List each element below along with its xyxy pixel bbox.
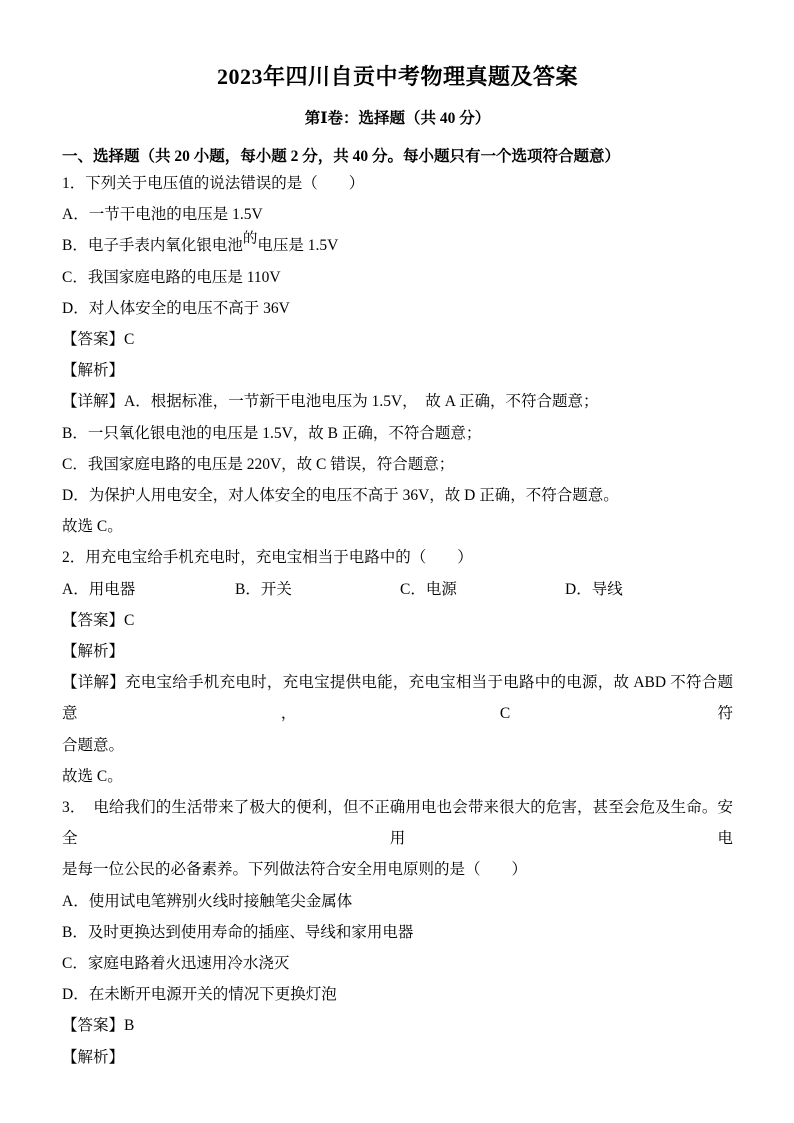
doc-text: 电压是 1.5V [257,237,338,254]
doc-text: 的 [243,232,258,247]
doc-text: B．电子手表内氧化银电池 [62,237,243,254]
document-lines: 1．下列关于电压值的说法错误的是（ ）A．一节干电池的电压是 1.5VB．电子手… [62,168,733,1073]
doc-line: B．电子手表内氧化银电池的电压是 1.5V [62,230,733,261]
doc-line: 是每一位公民的必备素养。下列做法符合安全用电原则的是（ ） [62,854,733,885]
doc-line: 故选 C。 [62,511,733,542]
doc-line: D．在未断开电源开关的情况下更换灯泡 [62,979,733,1010]
doc-line: 【详解】充电宝给手机充电时，充电宝提供电能，充电宝相当于电路中的电源，故 ABD… [62,667,733,729]
doc-line: D．为保护人用电安全，对人体安全的电压不高于 36V，故 D 正确，不符合题意。 [62,480,733,511]
document-body: 2023年四川自贡中考物理真题及答案 第Ⅰ卷：选择题（共 40 分） 一、选择题… [62,58,733,1073]
doc-line: 【详解】A．根据标准，一节新干电池电压为 1.5V， 故 A 正确，不符合题意； [62,386,733,417]
option-item: B．开关 [235,574,400,605]
doc-line: 合题意。 [62,730,733,761]
doc-line: 3． 电给我们的生活带来了极大的便利，但不正确用电也会带来很大的危害，甚至会危及… [62,792,733,854]
doc-line: 2．用充电宝给手机充电时，充电宝相当于电路中的（ ） [62,542,733,573]
doc-line: B．一只氧化银电池的电压是 1.5V，故 B 正确，不符合题意； [62,418,733,449]
doc-line: C．家庭电路着火迅速用冷水浇灭 [62,948,733,979]
document-subtitle: 第Ⅰ卷：选择题（共 40 分） [62,104,733,134]
doc-line: 故选 C。 [62,761,733,792]
doc-line: 【答案】C [62,324,733,355]
option-item: C．电源 [400,574,565,605]
exam-document-page: 2023年四川自贡中考物理真题及答案 第Ⅰ卷：选择题（共 40 分） 一、选择题… [0,0,794,1123]
doc-line: A．使用试电笔辨别火线时接触笔尖金属体 [62,886,733,917]
doc-line: 【答案】C [62,605,733,636]
doc-line: B．及时更换达到使用寿命的插座、导线和家用电器 [62,917,733,948]
doc-line: 【解析】 [62,636,733,667]
doc-line: 1．下列关于电压值的说法错误的是（ ） [62,168,733,199]
options-row: A．用电器B．开关C．电源D．导线 [62,574,733,605]
doc-line: D．对人体安全的电压不高于 36V [62,293,733,324]
doc-line: A．一节干电池的电压是 1.5V [62,199,733,230]
doc-line: 【解析】 [62,1042,733,1073]
doc-line: C．我国家庭电路的电压是 110V [62,262,733,293]
doc-line: C．我国家庭电路的电压是 220V，故 C 错误，符合题意； [62,449,733,480]
option-item: D．导线 [565,574,733,605]
option-item: A．用电器 [62,574,235,605]
doc-line: 【答案】B [62,1010,733,1041]
document-title: 2023年四川自贡中考物理真题及答案 [62,58,733,96]
doc-line: 【解析】 [62,355,733,386]
